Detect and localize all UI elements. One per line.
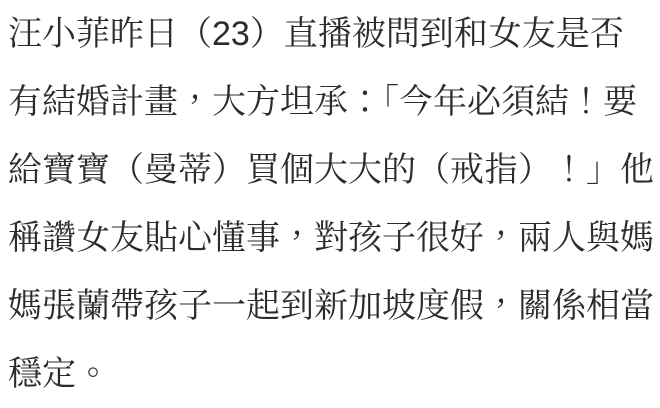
text-line: 有結婚計畫，大方坦承：「今年必須結！要 xyxy=(8,68,660,136)
text-line: 給寶寶（曼蒂）買個大大的（戒指）！」他 xyxy=(8,136,660,204)
text-line: 稱讚女友貼心懂事，對孩子很好，兩人與媽 xyxy=(8,204,660,272)
text-line: 媽張蘭帶孩子一起到新加坡度假，關係相當 xyxy=(8,272,660,340)
text-line: 汪小菲昨日（23）直播被問到和女友是否 xyxy=(8,0,660,68)
text-line: 穩定。 xyxy=(8,340,660,408)
article-text-block: 汪小菲昨日（23）直播被問到和女友是否 有結婚計畫，大方坦承：「今年必須結！要 … xyxy=(0,0,660,408)
